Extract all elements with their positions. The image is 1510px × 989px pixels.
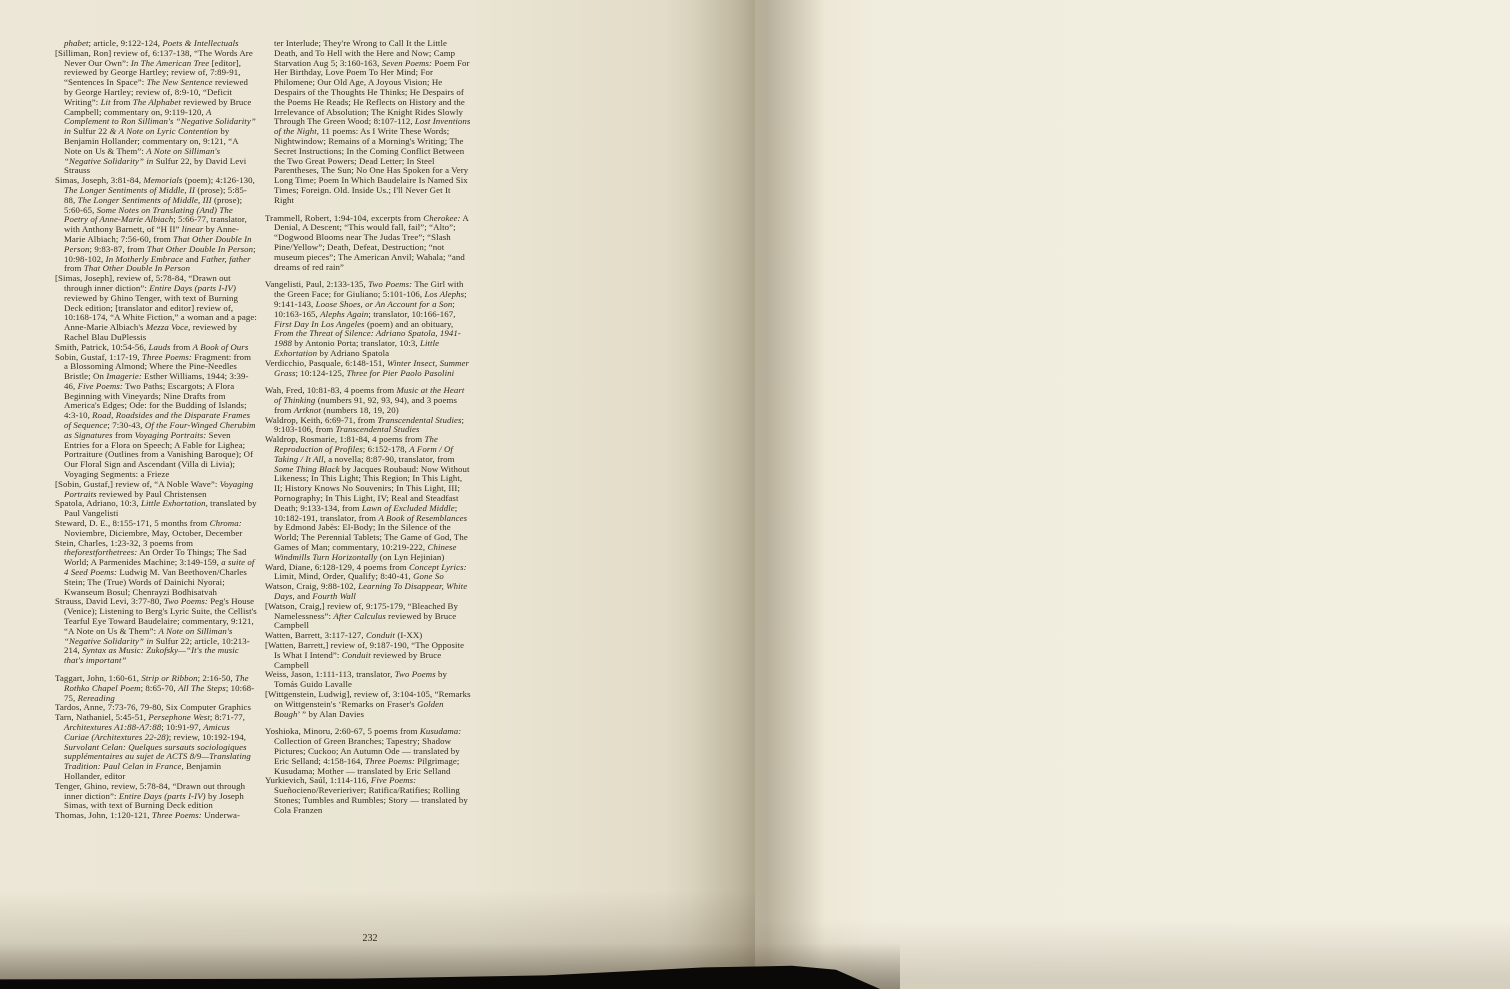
work-title: Chinese Windmills Turn Horizontally xyxy=(274,542,457,562)
work-title: Persephone West xyxy=(148,712,210,722)
index-entry: Ward, Diane, 6:128-129, 4 poems from Con… xyxy=(265,563,471,583)
index-entry: Thomas, John, 1:120-121, Three Poems: Un… xyxy=(55,811,257,821)
work-title: Two Poems: xyxy=(368,279,412,289)
work-title: Architextures A1:88-A7:88 xyxy=(64,722,161,732)
work-title: Gone So xyxy=(413,571,444,581)
work-title: In Motherly Embrace xyxy=(106,254,184,264)
work-title: Three for Pier Paolo Pasolini xyxy=(347,368,455,378)
work-title: Entire Days (parts I-IV) xyxy=(119,791,206,801)
work-title: Little Exhortation xyxy=(141,498,206,508)
index-entry: Waldrop, Keith, 6:69-71, from Transcende… xyxy=(265,416,471,436)
index-entry: Tenger, Ghino, review, 5:78-84, “Drawn o… xyxy=(55,782,257,811)
index-entry: Wah, Fred, 10:81-83, 4 poems from Music … xyxy=(265,386,471,415)
index-entry: [Simas, Joseph], review of, 5:78-84, “Dr… xyxy=(55,274,257,343)
work-title: Survolant Celan: Quelques sursauts socio… xyxy=(64,742,251,772)
work-title: Music at the Heart of Thinking xyxy=(274,385,464,405)
work-title: Lauds xyxy=(149,342,171,352)
work-title: That Other Double In Person xyxy=(84,263,190,273)
index-entry: Steward, D. E., 8:155-171, 5 months from… xyxy=(55,519,257,539)
work-title: Cherokee: xyxy=(423,213,460,223)
left-page-index: phabet; article, 9:122-124, Poets & Inte… xyxy=(0,0,755,989)
work-title: Two Poems: xyxy=(164,596,208,606)
work-title: Golden Bough xyxy=(274,699,444,719)
work-title: Three Poems: xyxy=(152,810,202,820)
work-title: Transcendental Studies xyxy=(335,424,419,434)
work-title: Entire Days (parts I-IV) xyxy=(149,283,236,293)
work-title: Voyaging Portraits xyxy=(64,479,253,499)
work-title: After Calculus xyxy=(333,611,385,621)
work-title: A Book of Ours xyxy=(193,342,249,352)
work-title: Strip or Ribbon xyxy=(141,673,197,683)
work-title: Rereading xyxy=(78,693,115,703)
work-title: Five Poems: xyxy=(371,775,416,785)
page-number: 232 xyxy=(330,933,410,944)
work-title: The New Sentence xyxy=(147,77,213,87)
index-entry: Waldrop, Rosmarie, 1:81-84, 4 poems from… xyxy=(265,435,471,562)
work-title: All The Steps xyxy=(178,683,226,693)
work-title: Kusudama: xyxy=(420,726,461,736)
index-entry: Weiss, Jason, 1:111-113, translator, Two… xyxy=(265,670,471,690)
work-title: Some Notes on Translating (And) The Poet… xyxy=(64,205,233,225)
index-column-1: phabet; article, 9:122-124, Poets & Inte… xyxy=(55,39,257,934)
index-column-2: ter Interlude; They're Wrong to Call It … xyxy=(265,39,471,934)
work-title: Seven Poems: xyxy=(382,58,432,68)
work-title: Conduit xyxy=(342,650,371,660)
work-title: Two Poems xyxy=(395,669,436,679)
index-entry: [Wittgenstein, Ludwig], review of, 3:104… xyxy=(265,690,471,719)
work-title: Imagerie: xyxy=(106,371,142,381)
work-title: Lawn of Excluded Middle xyxy=(362,503,455,513)
work-title: Los Alephs xyxy=(424,289,464,299)
work-title: Five Poems: xyxy=(78,381,123,391)
work-title: First Day In Los Angeles xyxy=(274,319,365,329)
index-entry: Sobin, Gustaf, 1:17-19, Three Poems: Fra… xyxy=(55,353,257,480)
right-page-contributors: Notes on Contributors Issue Number Ten M… xyxy=(755,0,1510,989)
work-title: The Longer Sentiments of Middle, II xyxy=(64,185,195,195)
index-entry: Spatola, Adriano, 10:3, Little Exhortati… xyxy=(55,499,257,519)
work-title: Memorials xyxy=(143,175,182,185)
work-title: Father, father xyxy=(201,254,251,264)
work-title: Fourth Wall xyxy=(312,591,356,601)
work-title: phabet xyxy=(64,39,89,48)
work-title: Chroma: xyxy=(210,518,242,528)
work-title: Lost Inventions of the Night xyxy=(274,116,470,136)
work-title: The Longer Sentiments of Middle, III xyxy=(78,195,212,205)
work-title: Some Thing Black xyxy=(274,464,340,474)
index-entry: Taggart, John, 1:60-61, Strip or Ribbon;… xyxy=(55,674,257,703)
work-title: & A Note on Lyric Contention xyxy=(110,126,219,136)
work-title: The Alphabet xyxy=(133,97,181,107)
work-title: Three Poems: xyxy=(365,756,415,766)
index-entry: Simas, Joseph, 3:81-84, Memorials (poem)… xyxy=(55,176,257,274)
work-title: Little Exhortation xyxy=(274,338,439,358)
book-spread: phabet; article, 9:122-124, Poets & Inte… xyxy=(0,0,1510,989)
work-title: linear xyxy=(182,224,204,234)
work-title: Concept Lyrics: xyxy=(409,562,467,572)
index-entry: Tarn, Nathaniel, 5:45-51, Persephone Wes… xyxy=(55,713,257,782)
index-entry: Trammell, Robert, 1:94-104, excerpts fro… xyxy=(265,214,471,273)
work-title: Three Poems: xyxy=(142,352,192,362)
work-title: Learning To Disappear, White Days xyxy=(274,581,467,601)
work-title: Voyaging Portraits: xyxy=(135,430,207,440)
work-title: Alephs Again xyxy=(320,309,368,319)
work-title: Artknot xyxy=(294,405,321,415)
index-entry: Stein, Charles, 1:23-32, 3 poems from th… xyxy=(55,539,257,598)
work-title: Transcendental Studies xyxy=(377,415,461,425)
index-entry: Yoshioka, Minoru, 2:60-67, 5 poems from … xyxy=(265,727,471,776)
work-title: A Note on Silliman's “Negative Solidarit… xyxy=(64,626,232,646)
work-title: In The American Tree xyxy=(131,58,209,68)
work-title: Lit xyxy=(101,97,111,107)
index-entry: Strauss, David Levi, 3:77-80, Two Poems:… xyxy=(55,597,257,666)
index-entry: [Silliman, Ron] review of, 6:137-138, “T… xyxy=(55,49,257,176)
work-title: theforestforthetrees: xyxy=(64,547,137,557)
index-entry: [Watson, Craig,] review of, 9:175-179, “… xyxy=(265,602,471,631)
work-title: Syntax as Music: Zukofsky—“It's the musi… xyxy=(64,645,239,665)
index-entry: ter Interlude; They're Wrong to Call It … xyxy=(265,39,471,206)
work-title: Conduit xyxy=(366,630,395,640)
work-title: Poets & Intellectuals xyxy=(162,39,238,48)
index-entry: [Watten, Barrett,] review of, 9:187-190,… xyxy=(265,641,471,670)
index-entry: Verdicchio, Pasquale, 6:148-151, Winter … xyxy=(265,359,471,379)
index-entry: Yurkievich, Saúl, 1:114-116, Five Poems:… xyxy=(265,776,471,815)
work-title: That Other Double In Person xyxy=(147,244,253,254)
work-title: A Book of Resemblances xyxy=(378,513,467,523)
work-title: Mezza Voce xyxy=(146,322,188,332)
index-entry: Watson, Craig, 9:88-102, Learning To Dis… xyxy=(265,582,471,602)
index-entry: Vangelisti, Paul, 2:133-135, Two Poems: … xyxy=(265,280,471,358)
index-entry: [Sobin, Gustaf,] review of, “A Noble Wav… xyxy=(55,480,257,500)
work-title: Loose Shoes, or An Account for a Son xyxy=(316,299,453,309)
work-title: a suite of 4 Seed Poems: xyxy=(64,557,254,577)
work-title: A Note on Silliman's “Negative Solidarit… xyxy=(64,146,220,166)
